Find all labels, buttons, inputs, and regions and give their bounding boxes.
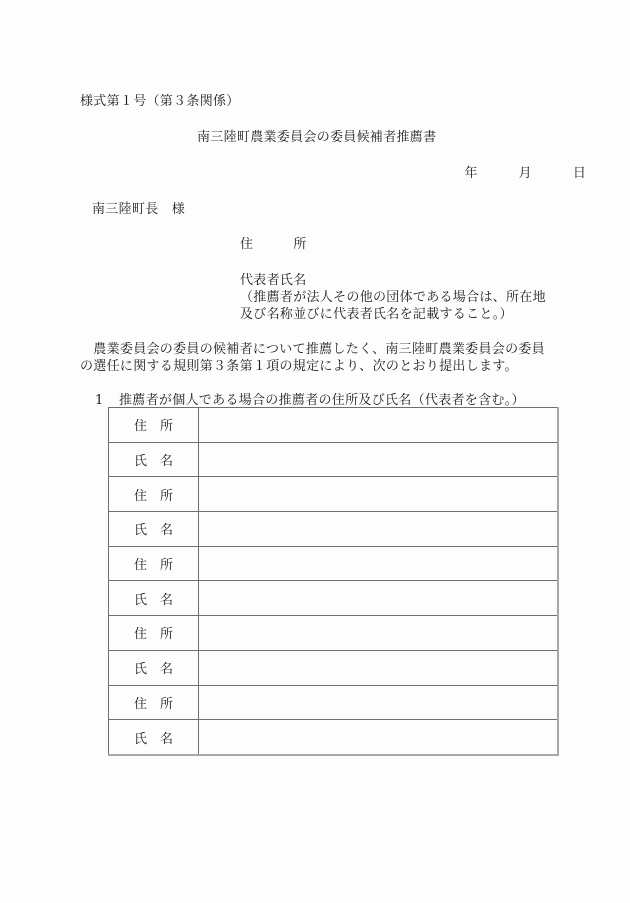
label-char: 名 [160,662,173,677]
name-value-cell[interactable] [199,512,559,547]
address-value-cell[interactable] [199,546,559,581]
table-row: 住所 [109,477,559,512]
label-char: 所 [160,489,173,504]
label-char: 住 [134,419,147,434]
name-value-cell[interactable] [199,581,559,616]
row-label: 住所 [109,477,199,512]
label-char: 住 [134,489,147,504]
row-label: 住所 [109,685,199,720]
row-label: 氏名 [109,512,199,547]
body-text-line-2: の選任に関する規則第３条第１項の規定により、次のとおり提出します。 [80,358,518,375]
name-value-cell[interactable] [199,720,559,755]
applicant-address-label: 住所 [240,236,307,253]
section-heading-text: 推薦者が個人である場合の推薦者の住所及び氏名（代表者を含む。） [119,393,525,408]
label-char: 住 [134,627,147,642]
label-char: 氏 [134,454,147,469]
row-label: 住所 [109,616,199,651]
label-char: 住 [134,558,147,573]
applicant-note-line-1: （推薦者が法人その他の団体である場合は、所在地 [240,289,546,306]
table-row: 氏名 [109,442,559,477]
label-char: 所 [160,697,173,712]
label-char: 所 [160,627,173,642]
row-label: 氏名 [109,442,199,477]
body-text-line-1: 農業委員会の委員の候補者について推薦したく、南三陸町農業委員会の委員 [80,341,545,358]
row-label: 氏名 [109,650,199,685]
row-label: 氏名 [109,581,199,616]
table-row: 住所 [109,408,559,443]
label-char: 住 [134,697,147,712]
row-label: 住所 [109,408,199,443]
table-row: 住所 [109,546,559,581]
label-char: 氏 [134,593,147,608]
table-row: 住所 [109,685,559,720]
day-label: 日 [573,165,586,182]
address-value-cell[interactable] [199,685,559,720]
address-label-char-1: 住 [240,237,253,252]
month-label: 月 [519,165,532,182]
date-line: 年 月 日 [428,165,586,182]
label-char: 所 [160,558,173,573]
table-row: 住所 [109,616,559,651]
table-row: 氏名 [109,512,559,547]
name-value-cell[interactable] [199,650,559,685]
label-char: 名 [160,732,173,747]
document-page: 様式第１号（第３条関係） 南三陸町農業委員会の委員候補者推薦書 年 月 日 南三… [0,0,630,903]
addressee: 南三陸町長 様 [92,201,185,218]
address-label-char-2: 所 [293,237,306,252]
form-id: 様式第１号（第３条関係） [80,93,240,110]
label-char: 名 [160,593,173,608]
row-label: 住所 [109,546,199,581]
recommender-table: 住所 氏名 住所 氏名 住所 氏名 [108,407,559,756]
label-char: 名 [160,454,173,469]
address-value-cell[interactable] [199,616,559,651]
name-value-cell[interactable] [199,442,559,477]
label-char: 氏 [134,662,147,677]
table-row: 氏名 [109,581,559,616]
label-char: 氏 [134,732,147,747]
label-char: 氏 [134,523,147,538]
address-value-cell[interactable] [199,408,559,443]
document-title: 南三陸町農業委員会の委員候補者推薦書 [197,129,436,146]
label-char: 所 [160,419,173,434]
row-label: 氏名 [109,720,199,755]
year-label: 年 [464,165,477,182]
label-char: 名 [160,523,173,538]
applicant-note-line-2: 及び名称並びに代表者氏名を記載すること。） [240,306,513,323]
table-row: 氏名 [109,720,559,755]
address-value-cell[interactable] [199,477,559,512]
table-row: 氏名 [109,650,559,685]
representative-name-label: 代表者氏名 [240,272,307,289]
